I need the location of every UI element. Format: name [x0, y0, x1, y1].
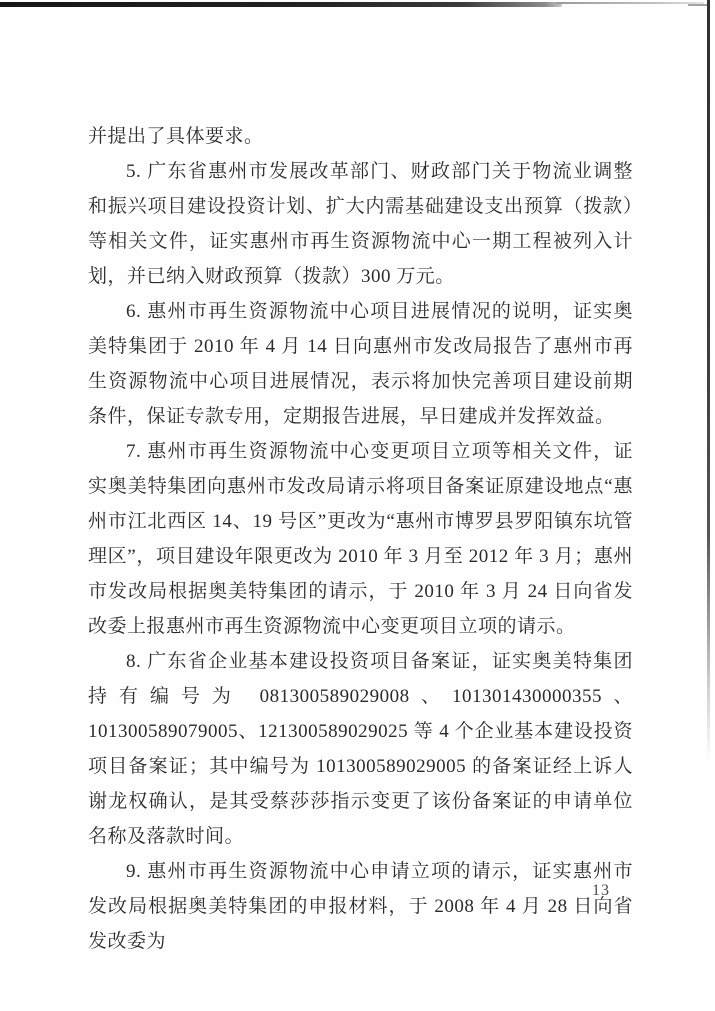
- scan-artifact-top-bar-thin: [556, 2, 704, 4]
- document-body: 并提出了具体要求。 5. 广东省惠州市发展改革部门、财政部门关于物流业调整和振兴…: [88, 119, 633, 959]
- scanned-document-page: 并提出了具体要求。 5. 广东省惠州市发展改革部门、财政部门关于物流业调整和振兴…: [0, 0, 715, 1011]
- paragraph-continuation: 并提出了具体要求。: [88, 119, 633, 154]
- paragraph-item-8: 8. 广东省企业基本建设投资项目备案证，证实奥美特集团持有编号为 0813005…: [88, 644, 633, 854]
- paragraph-item-5: 5. 广东省惠州市发展改革部门、财政部门关于物流业调整和振兴项目建设投资计划、扩…: [88, 154, 633, 294]
- paragraph-item-7: 7. 惠州市再生资源物流中心变更项目立项等相关文件，证实奥美特集团向惠州市发改局…: [88, 434, 633, 644]
- paragraph-item-6: 6. 惠州市再生资源物流中心项目进展情况的说明，证实奥美特集团于 2010 年 …: [88, 294, 633, 434]
- scan-artifact-top-right-tick: [688, 4, 708, 6]
- scan-artifact-top-bar: [0, 2, 562, 7]
- paragraph-item-9: 9. 惠州市再生资源物流中心申请立项的请示，证实惠州市发改局根据奥美特集团的申报…: [88, 854, 633, 959]
- scan-artifact-right-edge-line: [707, 0, 710, 762]
- page-number: 13: [592, 881, 610, 901]
